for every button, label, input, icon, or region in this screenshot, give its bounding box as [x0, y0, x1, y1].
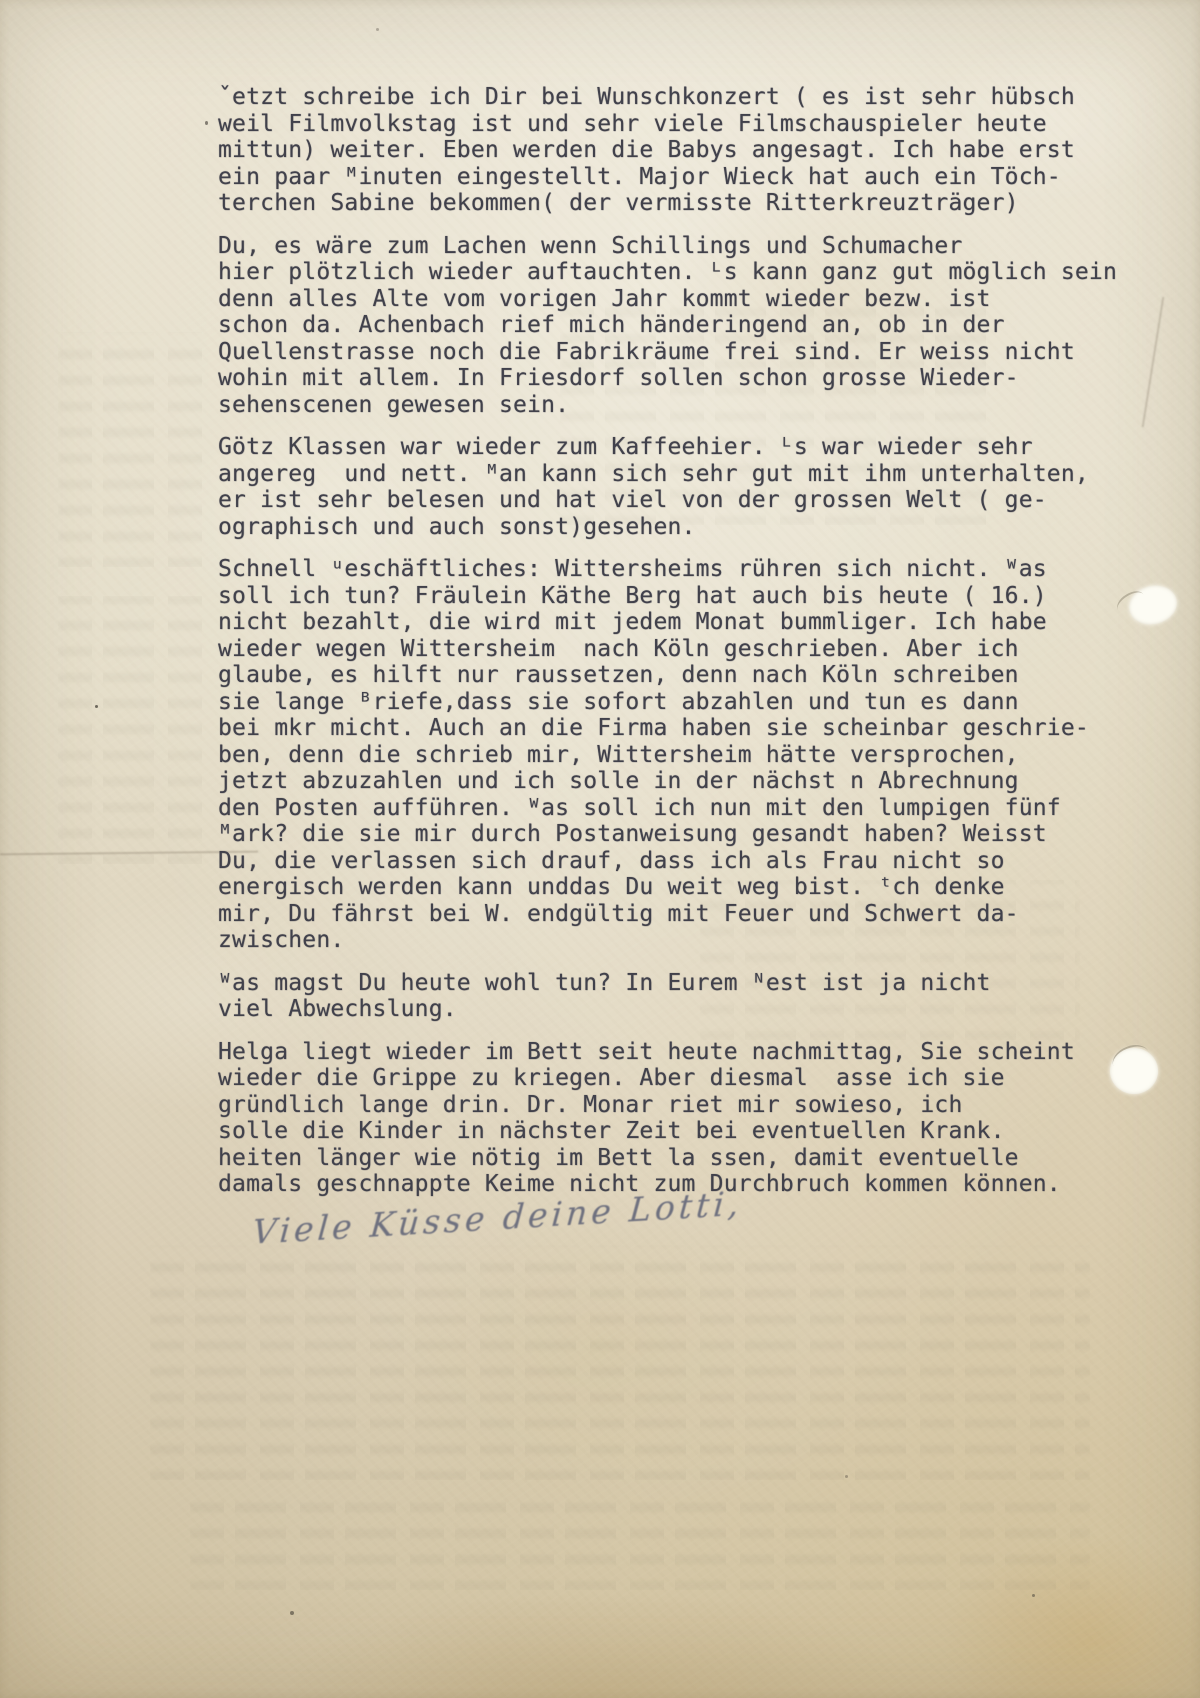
typed-paragraph: Du, es wäre zum Lachen wenn Schillings u…	[218, 233, 1178, 419]
paper-speck	[376, 28, 379, 31]
paper-speck	[845, 1475, 848, 1478]
bleedthrough-text	[150, 1245, 1090, 1480]
typed-paragraph: Helga liegt wieder im Bett seit heute na…	[218, 1039, 1178, 1198]
typed-paragraph: Götz Klassen war wieder zum Kaffeehier. …	[218, 434, 1178, 540]
paper-speck	[95, 705, 98, 708]
paper-speck	[290, 1611, 294, 1615]
letter-body: ˇetzt schreibe ich Dir bei Wunschkonzert…	[218, 84, 1178, 1214]
paper-speck	[1032, 1594, 1035, 1597]
typed-paragraph: ˇetzt schreibe ich Dir bei Wunschkonzert…	[218, 84, 1178, 217]
typed-paragraph: Schnell ᵘeschäftliches: Wittersheims rüh…	[218, 556, 1178, 954]
paper-speck	[205, 121, 208, 125]
bleedthrough-text	[190, 1490, 1090, 1590]
bleedthrough-text	[58, 332, 208, 567]
bleedthrough-text	[58, 596, 208, 864]
typed-paragraph: ᵂas magst Du heute wohl tun? In Eurem ᴺe…	[218, 970, 1178, 1023]
letter-page: ˇetzt schreibe ich Dir bei Wunschkonzert…	[0, 0, 1200, 1698]
